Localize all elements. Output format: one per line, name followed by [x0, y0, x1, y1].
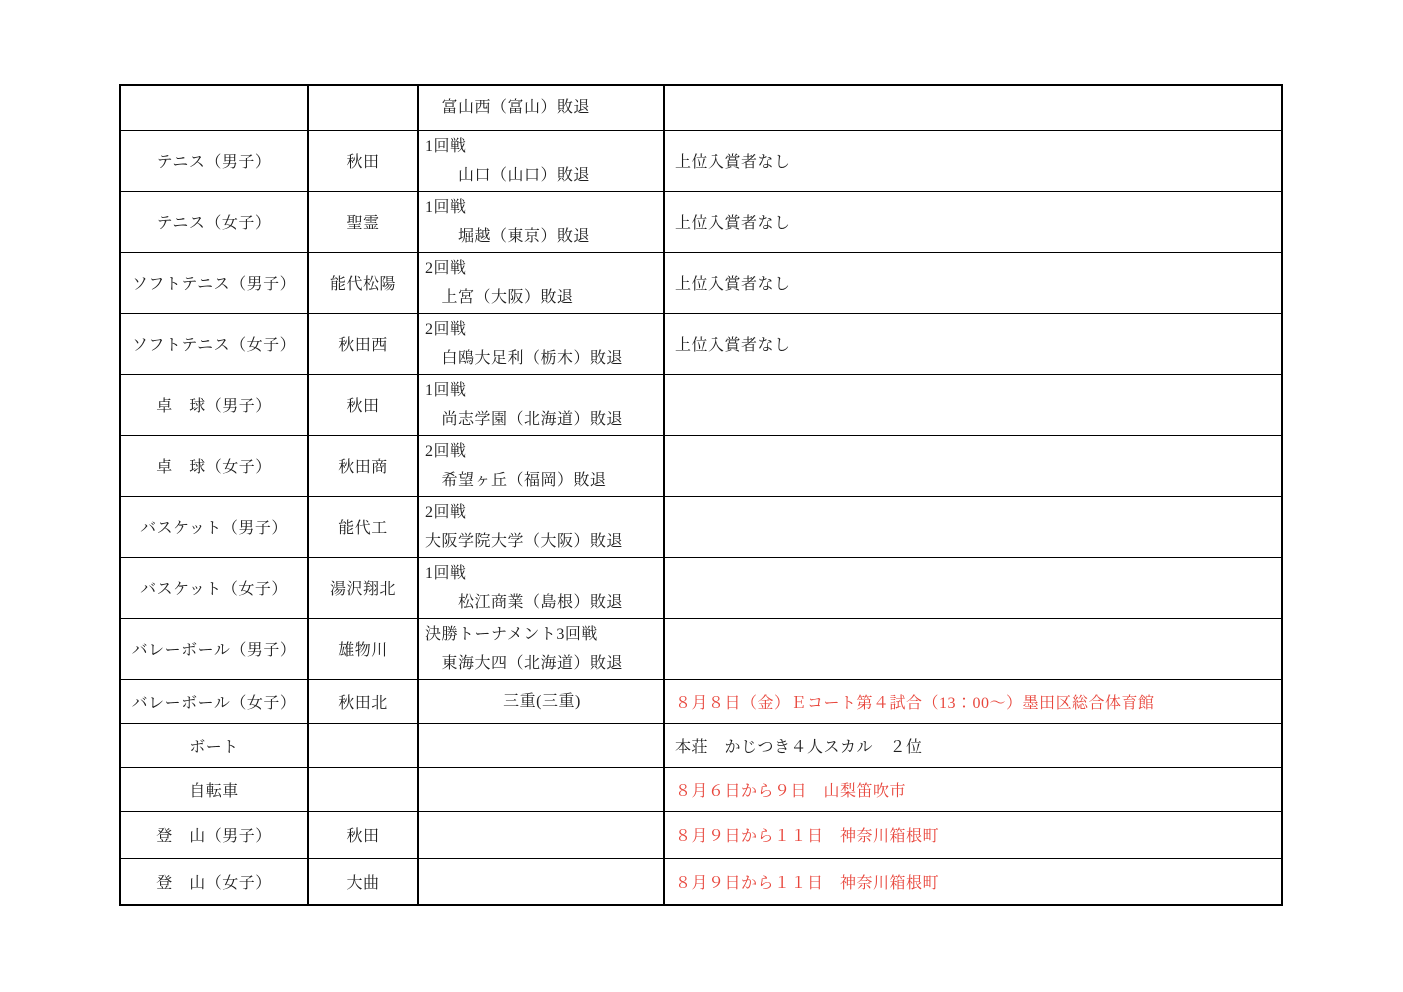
cell-note: 本荘 かじつき４人スカル ２位 — [664, 723, 1282, 767]
cell-result: 1回戦 堀越（東京）敗退 — [418, 191, 664, 252]
cell-note: 上位入賞者なし — [664, 191, 1282, 252]
cell-note — [664, 557, 1282, 618]
cell-note: ８月９日から１１日 神奈川箱根町 — [664, 858, 1282, 905]
cell-sport: ソフトテニス（男子） — [120, 252, 308, 313]
cell-note: 上位入賞者なし — [664, 313, 1282, 374]
cell-sport: バスケット（女子） — [120, 557, 308, 618]
cell-note — [664, 435, 1282, 496]
table-row: 卓 球（女子）秋田商2回戦 希望ヶ丘（福岡）敗退 — [120, 435, 1282, 496]
cell-sport: バレーボール（男子） — [120, 618, 308, 679]
cell-school — [308, 723, 418, 767]
cell-note: 上位入賞者なし — [664, 130, 1282, 191]
table-row: ソフトテニス（女子）秋田西2回戦 白鴎大足利（栃木）敗退上位入賞者なし — [120, 313, 1282, 374]
cell-school: 秋田北 — [308, 679, 418, 723]
table-row: ソフトテニス（男子）能代松陽2回戦 上宮（大阪）敗退上位入賞者なし — [120, 252, 1282, 313]
cell-result: 三重(三重) — [418, 679, 664, 723]
cell-result — [418, 723, 664, 767]
cell-school: 能代松陽 — [308, 252, 418, 313]
cell-sport: 登 山（女子） — [120, 858, 308, 905]
cell-sport: 卓 球（女子） — [120, 435, 308, 496]
table-row: ボート本荘 かじつき４人スカル ２位 — [120, 723, 1282, 767]
cell-result: 決勝トーナメント3回戦 東海大四（北海道）敗退 — [418, 618, 664, 679]
cell-sport — [120, 85, 308, 130]
table-row: バレーボール（女子）秋田北三重(三重)８月８日（金）Ｅコート第４試合（13：00… — [120, 679, 1282, 723]
cell-note: 上位入賞者なし — [664, 252, 1282, 313]
cell-note — [664, 374, 1282, 435]
cell-result: 1回戦 山口（山口）敗退 — [418, 130, 664, 191]
cell-result: 富山西（富山）敗退 — [418, 85, 664, 130]
cell-note — [664, 618, 1282, 679]
cell-sport: バレーボール（女子） — [120, 679, 308, 723]
cell-note: ８月８日（金）Ｅコート第４試合（13：00～）墨田区総合体育館 — [664, 679, 1282, 723]
results-table: 富山西（富山）敗退テニス（男子）秋田1回戦 山口（山口）敗退上位入賞者なしテニス… — [119, 84, 1283, 906]
table-row: 富山西（富山）敗退 — [120, 85, 1282, 130]
cell-school: 雄物川 — [308, 618, 418, 679]
cell-note — [664, 496, 1282, 557]
cell-result: 1回戦 尚志学園（北海道）敗退 — [418, 374, 664, 435]
cell-result: 2回戦 上宮（大阪）敗退 — [418, 252, 664, 313]
table-row: 登 山（男子）秋田８月９日から１１日 神奈川箱根町 — [120, 811, 1282, 858]
cell-result — [418, 858, 664, 905]
cell-school: 大曲 — [308, 858, 418, 905]
cell-sport: テニス（女子） — [120, 191, 308, 252]
results-table-body: 富山西（富山）敗退テニス（男子）秋田1回戦 山口（山口）敗退上位入賞者なしテニス… — [120, 85, 1282, 905]
table-row: バスケット（男子）能代工2回戦 大阪学院大学（大阪）敗退 — [120, 496, 1282, 557]
cell-note: ８月９日から１１日 神奈川箱根町 — [664, 811, 1282, 858]
table-row: バスケット（女子）湯沢翔北1回戦 松江商業（島根）敗退 — [120, 557, 1282, 618]
table-row: 自転車８月６日から９日 山梨笛吹市 — [120, 767, 1282, 811]
cell-school: 秋田 — [308, 374, 418, 435]
cell-school: 秋田 — [308, 130, 418, 191]
table-row: バレーボール（男子）雄物川決勝トーナメント3回戦 東海大四（北海道）敗退 — [120, 618, 1282, 679]
cell-sport: バスケット（男子） — [120, 496, 308, 557]
cell-result: 1回戦 松江商業（島根）敗退 — [418, 557, 664, 618]
cell-sport: テニス（男子） — [120, 130, 308, 191]
cell-school: 秋田西 — [308, 313, 418, 374]
cell-result: 2回戦 白鴎大足利（栃木）敗退 — [418, 313, 664, 374]
cell-sport: 自転車 — [120, 767, 308, 811]
cell-school: 聖霊 — [308, 191, 418, 252]
cell-note: ８月６日から９日 山梨笛吹市 — [664, 767, 1282, 811]
cell-sport: ボート — [120, 723, 308, 767]
table-row: テニス（男子）秋田1回戦 山口（山口）敗退上位入賞者なし — [120, 130, 1282, 191]
cell-school: 秋田商 — [308, 435, 418, 496]
cell-result: 2回戦 大阪学院大学（大阪）敗退 — [418, 496, 664, 557]
cell-school — [308, 767, 418, 811]
document-page: 富山西（富山）敗退テニス（男子）秋田1回戦 山口（山口）敗退上位入賞者なしテニス… — [0, 0, 1403, 992]
table-row: 卓 球（男子）秋田1回戦 尚志学園（北海道）敗退 — [120, 374, 1282, 435]
cell-sport: ソフトテニス（女子） — [120, 313, 308, 374]
cell-result — [418, 767, 664, 811]
table-row: 登 山（女子）大曲８月９日から１１日 神奈川箱根町 — [120, 858, 1282, 905]
cell-result — [418, 811, 664, 858]
cell-school — [308, 85, 418, 130]
cell-school: 湯沢翔北 — [308, 557, 418, 618]
table-row: テニス（女子）聖霊1回戦 堀越（東京）敗退上位入賞者なし — [120, 191, 1282, 252]
cell-school: 能代工 — [308, 496, 418, 557]
cell-result: 2回戦 希望ヶ丘（福岡）敗退 — [418, 435, 664, 496]
cell-sport: 登 山（男子） — [120, 811, 308, 858]
cell-school: 秋田 — [308, 811, 418, 858]
cell-note — [664, 85, 1282, 130]
cell-sport: 卓 球（男子） — [120, 374, 308, 435]
